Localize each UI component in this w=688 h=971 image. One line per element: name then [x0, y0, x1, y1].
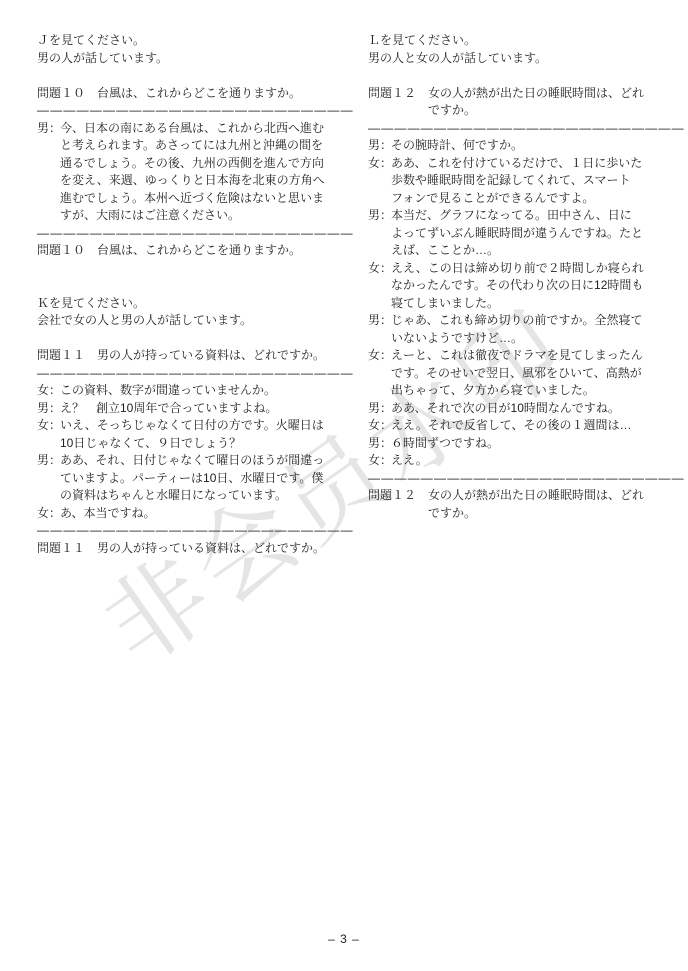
intro-block: Ｌを見てください。男の人と女の人が話しています。: [368, 32, 686, 67]
spacer: [37, 330, 361, 348]
dashed-separator: ————————————————————————: [37, 102, 361, 120]
question-text-line: ですか。: [428, 102, 686, 120]
dialogue-line: ええ。それで反省して、その後の１週間は…: [391, 417, 686, 435]
dialogue-line: 出ちゃって、夕方から寝ていました。: [391, 382, 686, 400]
dialogue-turn: 女：あ、本当ですね。: [37, 505, 361, 523]
dialogue-line: よってずいぶん睡眠時間が違うんですね。たと: [391, 225, 686, 243]
dialogue-line: えば、こことか…。: [391, 242, 686, 260]
speaker-label: 男：: [368, 312, 392, 330]
dialogue-line: えーと、これは徹夜でドラマを見てしまったん: [391, 347, 686, 365]
dialogue-turn: 女：この資料、数字が間違っていませんか。: [37, 382, 361, 400]
dialogue-line: ていますよ。パーティーは10日、水曜日です。僕: [60, 470, 361, 488]
dialogue-line: この資料、数字が間違っていませんか。: [60, 382, 361, 400]
spacer: [368, 67, 686, 85]
dialogue-turn: 男：え？ 創立10周年で合っていますよね。: [37, 400, 361, 418]
dialogue-turn: 男：じゃあ、これも締め切りの前ですか。全然寝ていないようですけど…。: [368, 312, 686, 347]
speaker-label: 男：: [368, 435, 392, 453]
dialogue-line: 寝てしまいました。: [391, 295, 686, 313]
dialogue-line: え？ 創立10周年で合っていますよね。: [60, 400, 361, 418]
dialogue-turn: 男：ああ、それ、日付じゃなくて曜日のほうが間違っていますよ。パーティーは10日、…: [37, 452, 361, 505]
text-line: 男の人が話しています。: [37, 50, 361, 68]
dialogue-line: いえ、そっちじゃなくて日付の方です。火曜日は: [60, 417, 361, 435]
dialogue-line: すが、大雨にはご注意ください。: [60, 207, 361, 225]
dialogue-line: 進むでしょう。本州へ近づく危険はないと思いま: [60, 190, 361, 208]
dialogue-turn: 女：ええ。: [368, 452, 686, 470]
question-block: 問題１０台風は、これからどこを通りますか。: [37, 242, 361, 260]
text-line: Ｌを見てください。: [368, 32, 686, 50]
dialogue-line: 通るでしょう。その後、九州の西側を進んで方向: [60, 155, 361, 173]
speaker-label: 男：: [368, 207, 392, 225]
dashed-separator: ————————————————————————: [37, 365, 361, 383]
spacer: [37, 260, 361, 295]
speaker-label: 女：: [37, 417, 61, 435]
dialogue-line: ええ、この日は締め切り前で２時間しか寝られ: [391, 260, 686, 278]
question-block: 問題１２女の人が熱が出た日の睡眠時間は、どれですか。: [368, 487, 686, 522]
dialogue-line: ああ、それ、日付じゃなくて曜日のほうが間違っ: [60, 452, 361, 470]
dialogue-turn: 女：ああ、これを付けているだけで、１日に歩いた歩数や睡眠時間を記録してくれて、ス…: [368, 155, 686, 208]
speaker-label: 男：: [37, 452, 61, 470]
text-line: 会社で女の人と男の人が話しています。: [37, 312, 361, 330]
intro-block: Ｊを見てください。男の人が話しています。: [37, 32, 361, 67]
question-block: 問題１２女の人が熱が出た日の睡眠時間は、どれですか。: [368, 85, 686, 120]
question-number: 問題１０: [37, 85, 85, 103]
speaker-label: 女：: [368, 155, 392, 173]
dialogue-line: と考えられます。あさってには九州と沖縄の間を: [60, 137, 361, 155]
question-block: 問題１１男の人が持っている資料は、どれですか。: [37, 540, 361, 558]
dialogue-line: なかったんです。その代わり次の日に12時間も: [391, 277, 686, 295]
dialogue-line: 10日じゃなくて、９日でしょう？: [60, 435, 361, 453]
question-number: 問題１２: [368, 85, 416, 103]
dialogue-turn: 女：ええ。それで反省して、その後の１週間は…: [368, 417, 686, 435]
dialogue-line: 本当だ、グラフになってる。田中さん、日に: [391, 207, 686, 225]
dialogue-line: ６時間ずつですね。: [391, 435, 686, 453]
dialogue-line: じゃあ、これも締め切りの前ですか。全然寝て: [391, 312, 686, 330]
dialogue-line: 歩数や睡眠時間を記録してくれて、スマート: [391, 172, 686, 190]
question-text-line: ですか。: [428, 505, 686, 523]
dashed-separator: ————————————————————————: [368, 470, 686, 488]
spacer: [37, 67, 361, 85]
dialogue-line: です。そのせいで翌日、風邪をひいて、高熱が: [391, 365, 686, 383]
speaker-label: 男：: [37, 120, 61, 138]
question-number: 問題１１: [37, 540, 85, 558]
dialogue-line: ええ。: [391, 452, 686, 470]
speaker-label: 女：: [37, 382, 61, 400]
question-text-line: 女の人が熱が出た日の睡眠時間は、どれ: [428, 487, 686, 505]
dialogue-turn: 女：いえ、そっちじゃなくて日付の方です。火曜日は10日じゃなくて、９日でしょう？: [37, 417, 361, 452]
dialogue-line: ああ、これを付けているだけで、１日に歩いた: [391, 155, 686, 173]
intro-block: Ｋを見てください。会社で女の人と男の人が話しています。: [37, 295, 361, 330]
dialogue-line: フォンで見ることができるんですよ。: [391, 190, 686, 208]
question-number: 問題１２: [368, 487, 416, 505]
speaker-label: 女：: [368, 347, 392, 365]
question-block: 問題１０台風は、これからどこを通りますか。: [37, 85, 361, 103]
speaker-label: 男：: [368, 137, 392, 155]
text-line: 男の人と女の人が話しています。: [368, 50, 686, 68]
right-text-column: Ｌを見てください。男の人と女の人が話しています。問題１２女の人が熱が出た日の睡眠…: [368, 32, 686, 522]
question-text-line: 台風は、これからどこを通りますか。: [97, 242, 361, 260]
dialogue-turn: 男：６時間ずつですね。: [368, 435, 686, 453]
dialogue-line: いないようですけど…。: [391, 330, 686, 348]
question-text-line: 台風は、これからどこを通りますか。: [97, 85, 361, 103]
dialogue-turn: 男：ああ、それで次の日が10時間なんですね。: [368, 400, 686, 418]
dashed-separator: ————————————————————————: [37, 225, 361, 243]
left-text-column: Ｊを見てください。男の人が話しています。問題１０台風は、これからどこを通りますか…: [37, 32, 361, 557]
speaker-label: 女：: [37, 505, 61, 523]
speaker-label: 男：: [37, 400, 61, 418]
text-line: Ｋを見てください。: [37, 295, 361, 313]
question-text-line: 女の人が熱が出た日の睡眠時間は、どれ: [428, 85, 686, 103]
dashed-separator: ————————————————————————: [37, 522, 361, 540]
dialogue-line: を変え、来週、ゆっくりと日本海を北東の方角へ: [60, 172, 361, 190]
document-page: 非会员水印 Ｊを見てください。男の人が話しています。問題１０台風は、これからどこ…: [0, 0, 688, 971]
question-text-line: 男の人が持っている資料は、どれですか。: [97, 347, 361, 365]
page-number: – 3 –: [0, 932, 688, 946]
dialogue-turn: 男：その腕時計、何ですか。: [368, 137, 686, 155]
dashed-separator: ————————————————————————: [368, 120, 686, 138]
speaker-label: 女：: [368, 417, 392, 435]
dialogue-turn: 男：今、日本の南にある台風は、これから北西へ進むと考えられます。あさってには九州…: [37, 120, 361, 225]
dialogue-line: その腕時計、何ですか。: [391, 137, 686, 155]
dialogue-line: あ、本当ですね。: [60, 505, 361, 523]
speaker-label: 女：: [368, 452, 392, 470]
speaker-label: 女：: [368, 260, 392, 278]
question-block: 問題１１男の人が持っている資料は、どれですか。: [37, 347, 361, 365]
dialogue-turn: 女：ええ、この日は締め切り前で２時間しか寝られなかったんです。その代わり次の日に…: [368, 260, 686, 313]
dialogue-line: 今、日本の南にある台風は、これから北西へ進む: [60, 120, 361, 138]
question-number: 問題１１: [37, 347, 85, 365]
text-line: Ｊを見てください。: [37, 32, 361, 50]
dialogue-turn: 男：本当だ、グラフになってる。田中さん、日によってずいぶん睡眠時間が違うんですね…: [368, 207, 686, 260]
question-number: 問題１０: [37, 242, 85, 260]
speaker-label: 男：: [368, 400, 392, 418]
dialogue-turn: 女：えーと、これは徹夜でドラマを見てしまったんです。そのせいで翌日、風邪をひいて…: [368, 347, 686, 400]
dialogue-line: の資料はちゃんと水曜日になっています。: [60, 487, 361, 505]
dialogue-line: ああ、それで次の日が10時間なんですね。: [391, 400, 686, 418]
question-text-line: 男の人が持っている資料は、どれですか。: [97, 540, 361, 558]
